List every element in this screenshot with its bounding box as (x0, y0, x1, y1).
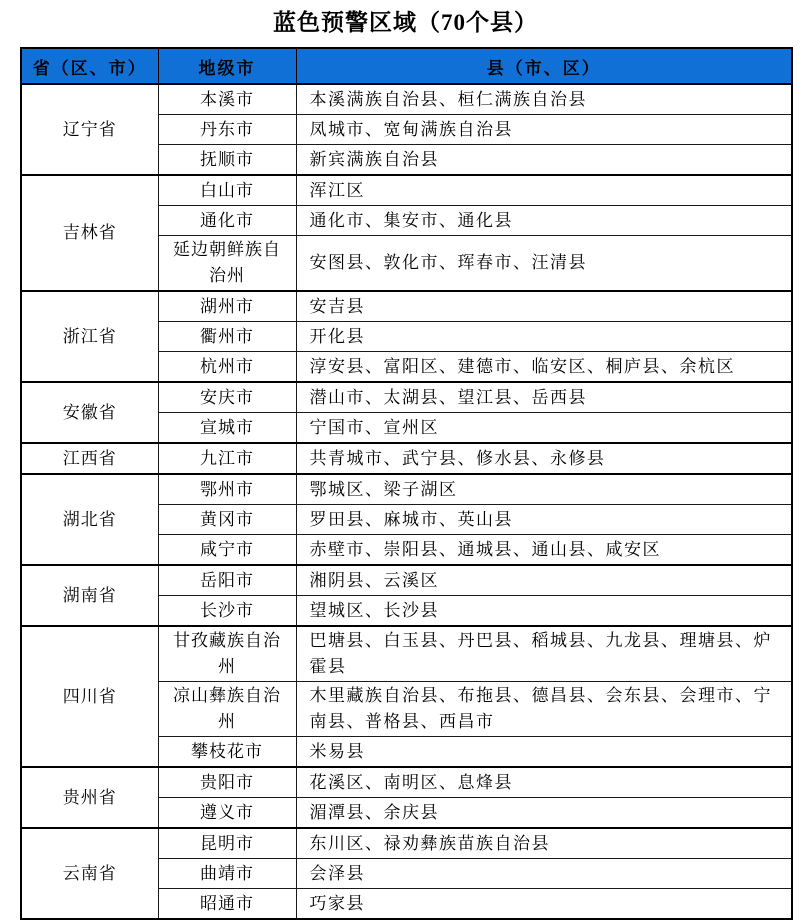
province-group-liaoning: 辽宁省 本溪市 本溪满族自治县、桓仁满族自治县 丹东市 凤城市、宽甸满族自治县 … (21, 84, 792, 175)
counties-cell: 东川区、禄劝彝族苗族自治县 (296, 828, 792, 859)
city-cell: 岳阳市 (158, 565, 296, 596)
city-cell: 九江市 (158, 443, 296, 474)
table-row: 辽宁省 本溪市 本溪满族自治县、桓仁满族自治县 (21, 84, 792, 115)
city-cell: 宣城市 (158, 413, 296, 444)
city-cell: 咸宁市 (158, 535, 296, 566)
table-row: 江西省 九江市 共青城市、武宁县、修水县、永修县 (21, 443, 792, 474)
city-cell: 鄂州市 (158, 474, 296, 505)
counties-cell: 宁国市、宣州区 (296, 413, 792, 444)
table-row: 四川省 甘孜藏族自治州 巴塘县、白玉县、丹巴县、稻城县、九龙县、理塘县、炉霍县 (21, 626, 792, 682)
counties-cell: 开化县 (296, 322, 792, 352)
header-county: 县（市、区） (296, 48, 792, 84)
province-cell: 四川省 (21, 626, 158, 767)
counties-cell: 凤城市、宽甸满族自治县 (296, 115, 792, 145)
city-cell: 抚顺市 (158, 145, 296, 176)
counties-cell: 新宾满族自治县 (296, 145, 792, 176)
table-row: 安徽省 安庆市 潜山市、太湖县、望江县、岳西县 (21, 382, 792, 413)
counties-cell: 罗田县、麻城市、英山县 (296, 505, 792, 535)
province-cell: 湖南省 (21, 565, 158, 626)
city-cell: 白山市 (158, 175, 296, 206)
province-cell: 安徽省 (21, 382, 158, 443)
province-group-anhui: 安徽省 安庆市 潜山市、太湖县、望江县、岳西县 宣城市 宁国市、宣州区 (21, 382, 792, 443)
province-group-sichuan: 四川省 甘孜藏族自治州 巴塘县、白玉县、丹巴县、稻城县、九龙县、理塘县、炉霍县 … (21, 626, 792, 767)
counties-cell: 潜山市、太湖县、望江县、岳西县 (296, 382, 792, 413)
city-cell: 攀枝花市 (158, 737, 296, 768)
province-group-jilin: 吉林省 白山市 浑江区 通化市 通化市、集安市、通化县 延边朝鲜族自治州 安图县… (21, 175, 792, 291)
counties-cell: 浑江区 (296, 175, 792, 206)
city-cell: 曲靖市 (158, 859, 296, 889)
province-group-zhejiang: 浙江省 湖州市 安吉县 衢州市 开化县 杭州市 淳安县、富阳区、建德市、临安区、… (21, 291, 792, 382)
table-row: 贵州省 贵阳市 花溪区、南明区、息烽县 (21, 767, 792, 798)
header-row: 省（区、市） 地级市 县（市、区） (21, 48, 792, 84)
city-cell: 凉山彝族自治州 (158, 682, 296, 737)
province-cell: 云南省 (21, 828, 158, 919)
province-cell: 贵州省 (21, 767, 158, 828)
city-cell: 长沙市 (158, 596, 296, 627)
counties-cell: 安图县、敦化市、珲春市、汪清县 (296, 236, 792, 292)
counties-cell: 安吉县 (296, 291, 792, 322)
city-cell: 通化市 (158, 206, 296, 236)
table-row: 浙江省 湖州市 安吉县 (21, 291, 792, 322)
counties-cell: 会泽县 (296, 859, 792, 889)
header-province: 省（区、市） (21, 48, 158, 84)
city-cell: 本溪市 (158, 84, 296, 115)
table-row: 云南省 昆明市 东川区、禄劝彝族苗族自治县 (21, 828, 792, 859)
city-cell: 黄冈市 (158, 505, 296, 535)
counties-cell: 共青城市、武宁县、修水县、永修县 (296, 443, 792, 474)
city-cell: 遵义市 (158, 798, 296, 829)
city-cell: 昆明市 (158, 828, 296, 859)
city-cell: 贵阳市 (158, 767, 296, 798)
counties-cell: 米易县 (296, 737, 792, 768)
page-title: 蓝色预警区域（70个县） (0, 0, 811, 37)
counties-cell: 巧家县 (296, 889, 792, 920)
table-row: 吉林省 白山市 浑江区 (21, 175, 792, 206)
counties-cell: 鄂城区、梁子湖区 (296, 474, 792, 505)
table-header: 省（区、市） 地级市 县（市、区） (21, 48, 792, 84)
city-cell: 衢州市 (158, 322, 296, 352)
city-cell: 昭通市 (158, 889, 296, 920)
counties-cell: 淳安县、富阳区、建德市、临安区、桐庐县、余杭区 (296, 352, 792, 383)
province-cell: 吉林省 (21, 175, 158, 291)
counties-cell: 本溪满族自治县、桓仁满族自治县 (296, 84, 792, 115)
counties-cell: 花溪区、南明区、息烽县 (296, 767, 792, 798)
city-cell: 延边朝鲜族自治州 (158, 236, 296, 292)
province-group-hubei: 湖北省 鄂州市 鄂城区、梁子湖区 黄冈市 罗田县、麻城市、英山县 咸宁市 赤壁市… (21, 474, 792, 565)
city-cell: 湖州市 (158, 291, 296, 322)
city-cell: 甘孜藏族自治州 (158, 626, 296, 682)
counties-cell: 湄潭县、余庆县 (296, 798, 792, 829)
city-cell: 丹东市 (158, 115, 296, 145)
province-group-hunan: 湖南省 岳阳市 湘阴县、云溪区 长沙市 望城区、长沙县 (21, 565, 792, 626)
counties-cell: 赤壁市、崇阳县、通城县、通山县、咸安区 (296, 535, 792, 566)
province-group-guizhou: 贵州省 贵阳市 花溪区、南明区、息烽县 遵义市 湄潭县、余庆县 (21, 767, 792, 828)
document-page: 蓝色预警区域（70个县） 省（区、市） 地级市 县（市、区） 辽宁省 本溪市 本… (0, 0, 811, 924)
province-group-jiangxi: 江西省 九江市 共青城市、武宁县、修水县、永修县 (21, 443, 792, 474)
header-city: 地级市 (158, 48, 296, 84)
province-cell: 辽宁省 (21, 84, 158, 175)
province-cell: 江西省 (21, 443, 158, 474)
counties-cell: 木里藏族自治县、布拖县、德昌县、会东县、会理市、宁南县、普格县、西昌市 (296, 682, 792, 737)
province-cell: 浙江省 (21, 291, 158, 382)
province-cell: 湖北省 (21, 474, 158, 565)
province-group-yunnan: 云南省 昆明市 东川区、禄劝彝族苗族自治县 曲靖市 会泽县 昭通市 巧家县 (21, 828, 792, 919)
counties-cell: 通化市、集安市、通化县 (296, 206, 792, 236)
counties-cell: 巴塘县、白玉县、丹巴县、稻城县、九龙县、理塘县、炉霍县 (296, 626, 792, 682)
blue-warning-table: 省（区、市） 地级市 县（市、区） 辽宁省 本溪市 本溪满族自治县、桓仁满族自治… (20, 47, 793, 920)
table-row: 湖南省 岳阳市 湘阴县、云溪区 (21, 565, 792, 596)
city-cell: 杭州市 (158, 352, 296, 383)
counties-cell: 望城区、长沙县 (296, 596, 792, 627)
counties-cell: 湘阴县、云溪区 (296, 565, 792, 596)
table-row: 湖北省 鄂州市 鄂城区、梁子湖区 (21, 474, 792, 505)
city-cell: 安庆市 (158, 382, 296, 413)
